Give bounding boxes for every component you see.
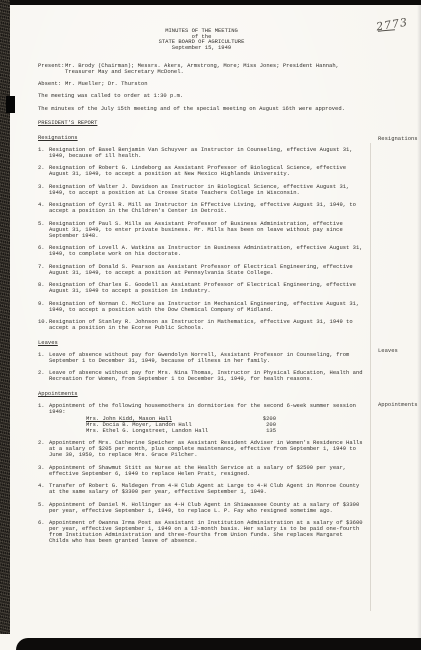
item-number: 6. — [38, 245, 49, 257]
list-item: 2.Leave of absence without pay for Mrs. … — [38, 370, 365, 382]
item-text: Resignation of Paul S. Mills as Assistan… — [49, 221, 365, 239]
document-title: MINUTES OF THE MEETING of the STATE BOAR… — [38, 28, 365, 50]
item-text: Transfer of Robert G. Maldegen from 4-H … — [49, 483, 365, 495]
present-row: Present: Mr. Brody (Chairman); Messrs. A… — [38, 63, 365, 75]
section-heading: Appointments — [38, 391, 78, 397]
item-number: 4. — [38, 202, 49, 214]
list-item: 5.Resignation of Paul S. Mills as Assist… — [38, 221, 365, 239]
scan-bottom-edge — [16, 638, 421, 650]
section-leaves: LeavesLeaves1.Leave of absence without p… — [38, 338, 365, 383]
item-number: 9. — [38, 301, 49, 313]
list-item: 7.Resignation of Donald S. Pearson as As… — [38, 264, 365, 276]
item-number: 1. — [38, 147, 49, 159]
housemothers-table: Mrs. John Kidd, Mason Hall$200Mrs. Docia… — [86, 416, 365, 434]
binding-tab-mark — [6, 96, 15, 113]
section-heading: Leaves — [38, 340, 58, 346]
list-item: 10.Resignation of Stanley R. Johnson as … — [38, 319, 365, 331]
item-number: 2. — [38, 440, 49, 458]
section-heading: Resignations — [38, 135, 78, 141]
item-number: 7. — [38, 264, 49, 276]
item-text: Resignation of Stanley R. Johnson as Ins… — [49, 319, 365, 331]
item-text: Resignation of Lovell A. Watkins as Inst… — [49, 245, 365, 257]
item-number: 2. — [38, 165, 49, 177]
housemother-row: Mrs. Ethel G. Longstreet, Landon Hall135 — [86, 428, 365, 434]
present-label: Present: — [38, 63, 65, 75]
item-text: Leave of absence without pay for Mrs. Ni… — [49, 370, 365, 382]
item-text: Resignation of Basel Benjamin Van Schuyv… — [49, 147, 365, 159]
item-text: Resignation of Norman C. McClure as Inst… — [49, 301, 365, 313]
item-text: Resignation of Charles E. Goodell as Ass… — [49, 282, 365, 294]
list-item: 2.Appointment of Mrs. Catherine Speicher… — [38, 440, 365, 458]
item-number: 10. — [38, 319, 49, 331]
item-number: 8. — [38, 282, 49, 294]
item-text: Leave of absence without pay for Gwendol… — [49, 352, 365, 364]
list-item: 1.Appointment of the following housemoth… — [38, 403, 365, 415]
section-appointments: AppointmentsAppointments1.Appointment of… — [38, 389, 365, 545]
item-number: 1. — [38, 403, 49, 415]
list-item: 3.Appointment of Shawmut Stitt as Nurse … — [38, 465, 365, 477]
item-number: 3. — [38, 184, 49, 196]
call-to-order-line: The meeting was called to order at 1:30 … — [38, 93, 365, 99]
item-text: Appointment of Mrs. Catherine Speicher a… — [49, 440, 365, 458]
margin-note: Resignations — [378, 136, 421, 142]
scan-top-edge — [0, 0, 421, 5]
margin-note: Appointments — [378, 402, 421, 408]
item-text: Resignation of Robert G. Lindeborg as As… — [49, 165, 365, 177]
minutes-approved-line: The minutes of the July 15th meeting and… — [38, 106, 365, 112]
absent-row: Absent: Mr. Mueller; Dr. Thurston — [38, 81, 365, 87]
item-text: Resignation of Cyril R. Mill as Instruct… — [49, 202, 365, 214]
list-item: 9.Resignation of Norman C. McClure as In… — [38, 301, 365, 313]
item-text: Resignation of Walter J. Davidson as Ins… — [49, 184, 365, 196]
item-text: Appointment of Shawmut Stitt as Nurse at… — [49, 465, 365, 477]
list-item: 1.Leave of absence without pay for Gwend… — [38, 352, 365, 364]
housemother-name: Mrs. Ethel G. Longstreet, Landon Hall — [86, 428, 258, 434]
absent-names: Mr. Mueller; Dr. Thurston — [65, 81, 365, 87]
item-text: Appointment of Owanna Irma Post as Assis… — [49, 520, 365, 544]
item-number: 5. — [38, 502, 49, 514]
section-resignations: ResignationsResignations1.Resignation of… — [38, 133, 365, 332]
item-number: 4. — [38, 483, 49, 495]
document-page: 2773 MINUTES OF THE MEETING of the STATE… — [10, 5, 421, 650]
item-number: 6. — [38, 520, 49, 544]
document-content: MINUTES OF THE MEETING of the STATE BOAR… — [10, 5, 421, 544]
item-text: Appointment of Daniel M. Hollinger as 4-… — [49, 502, 365, 514]
list-item: 3.Resignation of Walter J. Davidson as I… — [38, 184, 365, 196]
list-item: 1.Resignation of Basel Benjamin Van Schu… — [38, 147, 365, 159]
item-number: 2. — [38, 370, 49, 382]
item-text: Appointment of the following housemother… — [49, 403, 365, 415]
list-item: 4.Resignation of Cyril R. Mill as Instru… — [38, 202, 365, 214]
item-number: 3. — [38, 465, 49, 477]
list-item: 2.Resignation of Robert G. Lindeborg as … — [38, 165, 365, 177]
absent-label: Absent: — [38, 81, 65, 87]
list-item: 6.Resignation of Lovell A. Watkins as In… — [38, 245, 365, 257]
present-names: Mr. Brody (Chairman); Messrs. Akers, Arm… — [65, 63, 365, 75]
list-item: 5.Appointment of Daniel M. Hollinger as … — [38, 502, 365, 514]
list-item: 6.Appointment of Owanna Irma Post as Ass… — [38, 520, 365, 544]
title-line-4: September 15, 1949 — [38, 45, 365, 51]
margin-note: Leaves — [378, 348, 421, 354]
list-item: 8.Resignation of Charles E. Goodell as A… — [38, 282, 365, 294]
report-sections: ResignationsResignations1.Resignation of… — [38, 133, 365, 545]
item-number: 1. — [38, 352, 49, 364]
housemother-amount: 135 — [258, 428, 276, 434]
item-number: 5. — [38, 221, 49, 239]
list-item: 4.Transfer of Robert G. Maldegen from 4-… — [38, 483, 365, 495]
item-text: Resignation of Donald S. Pearson as Assi… — [49, 264, 365, 276]
report-heading: PRESIDENT'S REPORT — [38, 120, 365, 126]
scanned-page: 2773 MINUTES OF THE MEETING of the STATE… — [0, 0, 421, 650]
